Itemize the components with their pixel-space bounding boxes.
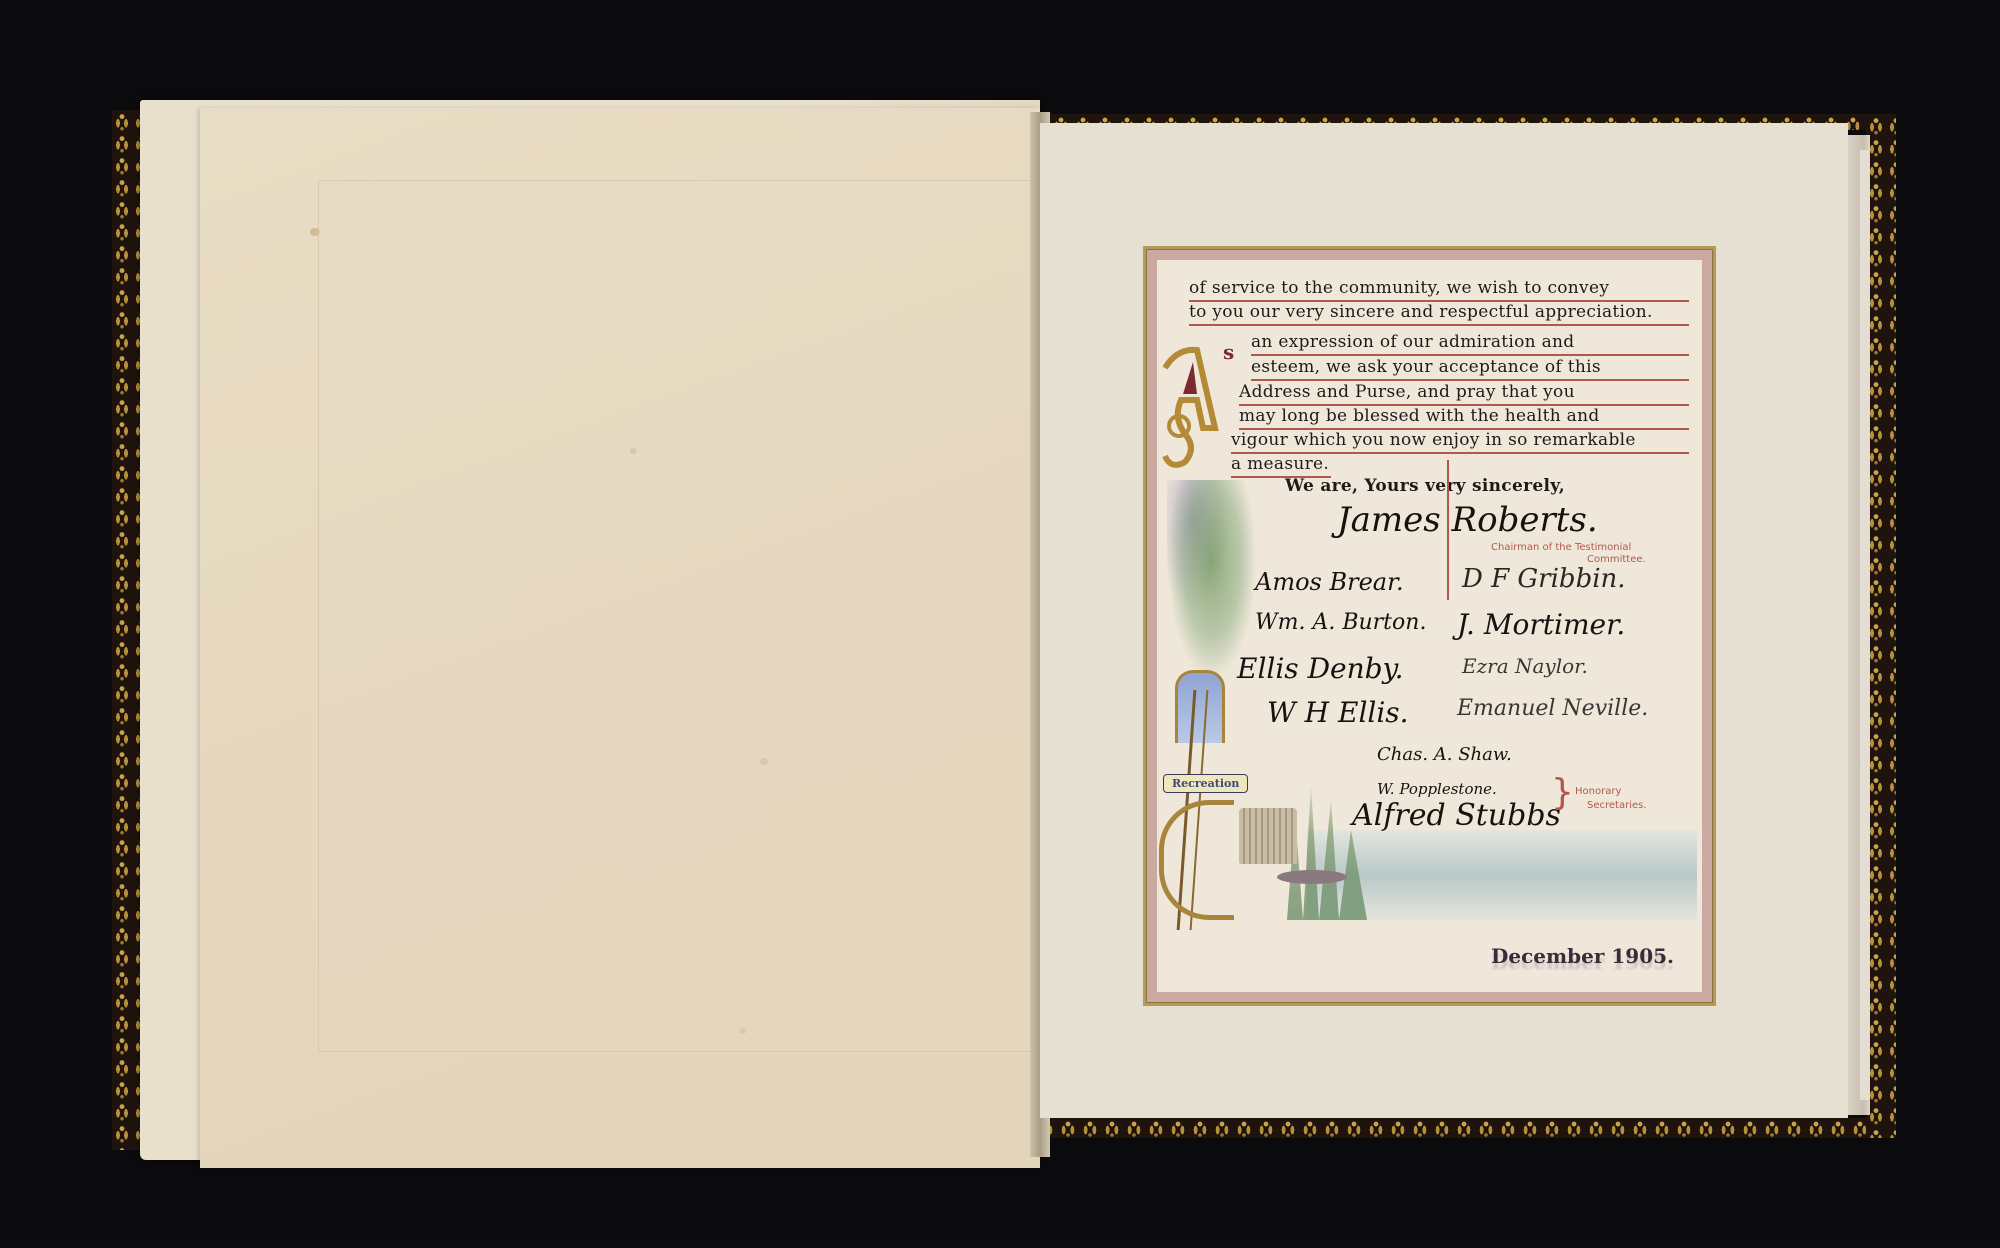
- signature-left-1: Amos Brear.: [1255, 568, 1404, 596]
- initial-second-letter: s: [1223, 340, 1235, 364]
- recreation-banner: Recreation: [1163, 774, 1248, 793]
- signature-secretary-2: Alfred Stubbs: [1352, 798, 1561, 833]
- address-line-3: an expression of our admiration and: [1251, 332, 1574, 352]
- address-date: December 1905.: [1491, 944, 1674, 968]
- fish-illustration: [1277, 870, 1347, 884]
- signature-column-divider: [1447, 460, 1449, 600]
- illuminated-address-sheet: of service to the community, we wish to …: [1157, 260, 1702, 992]
- left-board-gilt-border: [112, 110, 140, 1150]
- address-line-4: esteem, we ask your acceptance of this: [1251, 357, 1601, 377]
- signature-left-4: W H Ellis.: [1267, 696, 1409, 729]
- signature-left-2: Wm. A. Burton.: [1255, 610, 1426, 635]
- fishing-creel-illustration: [1239, 808, 1297, 864]
- rubric-rule: [1251, 354, 1689, 356]
- secretaries-label-line2: Secretaries.: [1587, 800, 1647, 811]
- signature-right-2: J. Mortimer.: [1457, 608, 1625, 641]
- watercolor-lake-illustration: [1307, 830, 1697, 920]
- gilt-scroll-ornament: [1159, 800, 1234, 920]
- address-line-8: a measure.: [1231, 454, 1329, 474]
- right-page-fore-edge: [1860, 150, 1870, 1100]
- left-page-plate-mark: [318, 180, 1040, 1052]
- signature-chairman: James Roberts.: [1337, 500, 1598, 540]
- signature-center: Chas. A. Shaw.: [1377, 744, 1512, 765]
- rubric-rule: [1251, 379, 1689, 381]
- address-line-5: Address and Purse, and pray that you: [1239, 382, 1575, 402]
- right-board-gilt-side: [1866, 114, 1896, 1138]
- illuminated-initial-a-icon: [1157, 338, 1227, 478]
- signature-secretary-1: W. Popplestone.: [1377, 780, 1497, 798]
- signature-right-4: Emanuel Neville.: [1457, 696, 1648, 721]
- address-line-7: vigour which you now enjoy in so remarka…: [1231, 430, 1636, 450]
- secretaries-brace: }: [1551, 772, 1574, 813]
- address-line-6: may long be blessed with the health and: [1239, 406, 1600, 426]
- closing-line: We are, Yours very sincerely,: [1285, 476, 1565, 496]
- illuminated-address-frame: of service to the community, we wish to …: [1143, 246, 1716, 1006]
- signature-right-3: Ezra Naylor.: [1462, 654, 1588, 678]
- rubric-rule: [1189, 324, 1689, 326]
- signature-right-1: D F Gribbin.: [1462, 564, 1626, 594]
- address-line-1: of service to the community, we wish to …: [1189, 278, 1609, 298]
- right-board-gilt-bottom: [1035, 1118, 1885, 1138]
- watercolor-tree-illustration: [1167, 480, 1257, 680]
- secretaries-label-line1: Honorary: [1575, 786, 1621, 797]
- address-line-2: to you our very sincere and respectful a…: [1189, 302, 1653, 322]
- chairman-title-line1: Chairman of the Testimonial: [1491, 542, 1631, 553]
- signature-left-3: Ellis Denby.: [1237, 652, 1404, 685]
